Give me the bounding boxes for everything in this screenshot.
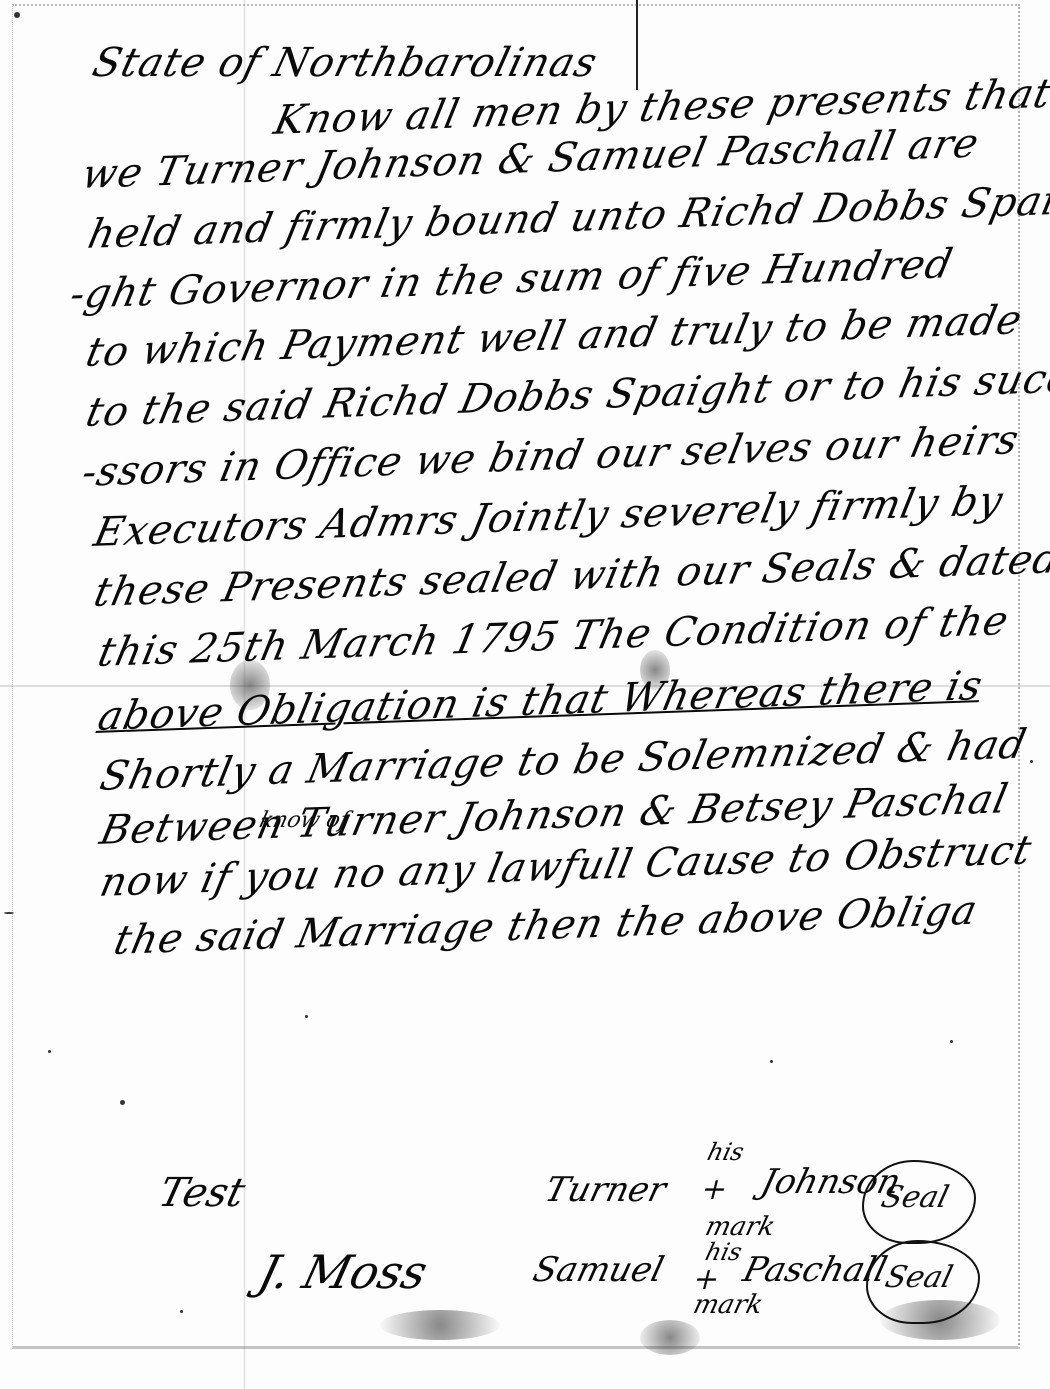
ink-vertical-stroke xyxy=(636,0,638,90)
signer-first-name: Turner xyxy=(541,1170,670,1210)
witness-signature: J. Moss xyxy=(253,1245,433,1299)
ink-stain xyxy=(380,1310,500,1340)
ink-speck xyxy=(305,1015,308,1018)
ink-speck xyxy=(14,12,20,18)
interlinear-insert: know of xyxy=(257,808,351,833)
mark-label-his: his xyxy=(705,1138,747,1166)
ink-speck xyxy=(48,1050,51,1053)
ink-speck xyxy=(950,1040,953,1043)
seal-label: Seal xyxy=(882,1260,957,1295)
ink-speck xyxy=(120,1100,125,1105)
ink-speck xyxy=(4,912,14,914)
ink-speck xyxy=(180,1310,183,1313)
ink-speck xyxy=(770,1060,773,1063)
ink-stain xyxy=(640,1320,700,1355)
seal-label: Seal xyxy=(878,1180,953,1215)
mark-label-mark: mark xyxy=(690,1290,766,1320)
ink-speck xyxy=(1030,760,1033,763)
signer-first-name: Samuel xyxy=(529,1250,668,1290)
witness-label: Test xyxy=(154,1170,249,1216)
document-heading: State of Northbarolinas xyxy=(88,40,602,86)
scanned-document-page: State of Northbarolinas Know all men by … xyxy=(0,0,1050,1389)
